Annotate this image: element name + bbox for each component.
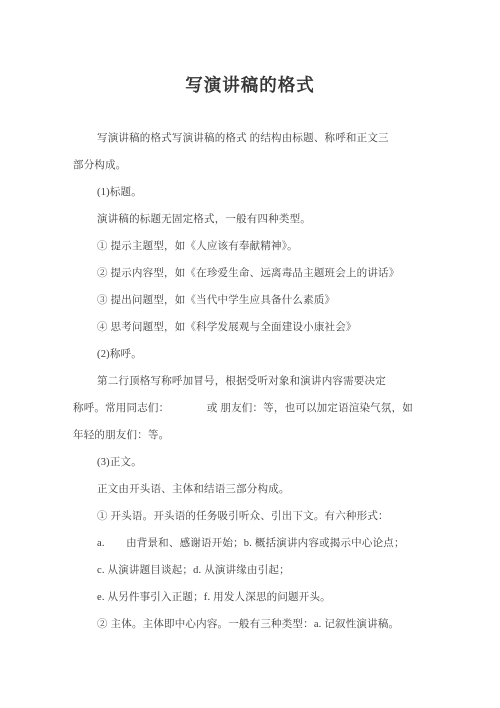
document-page: 写演讲稿的格式 写演讲稿的格式写演讲稿的格式 的结构由标题、称呼和正文三 部分构… <box>0 0 500 708</box>
document-body: 写演讲稿的格式写演讲稿的格式 的结构由标题、称呼和正文三 部分构成。 (1)标题… <box>0 125 500 638</box>
text-line: ④ 思考问题型，如《科学发展观与全面建设小康社会》 <box>73 314 500 341</box>
text-line: ② 主体。主体即中心内容。一般有三种类型：a. 记叙性演讲稿。 <box>73 611 500 638</box>
text-line: 部分构成。 <box>73 152 500 179</box>
text-line: ① 开头语。开头语的任务吸引听众、引出下文。有六种形式： <box>73 503 500 530</box>
text-line: 演讲稿的标题无固定格式，一般有四种类型。 <box>73 206 500 233</box>
document-title: 写演讲稿的格式 <box>0 0 500 99</box>
text-line: ② 提示内容型，如《在珍爱生命、远离毒品主题班会上的讲话》 <box>73 260 500 287</box>
text-line: e. 从另件事引入正题；f. 用发人深思的问题开头。 <box>73 584 500 611</box>
text-line: (3)正文。 <box>73 449 500 476</box>
text-line: ① 提示主题型，如《人应该有奉献精神》。 <box>73 233 500 260</box>
text-line: 正文由开头语、主体和结语三部分构成。 <box>73 476 500 503</box>
text-line: ③ 提出问题型，如《当代中学生应具备什么素质》 <box>73 287 500 314</box>
text-line: 年轻的朋友们：等。 <box>73 422 500 449</box>
text-line: (2)称呼。 <box>73 341 500 368</box>
text-line: 写演讲稿的格式写演讲稿的格式 的结构由标题、称呼和正文三 <box>73 125 500 152</box>
text-line: 称呼。常用同志们： 或 朋友们：等，也可以加定语渲染气氛，如 <box>73 395 500 422</box>
text-line: 第二行顶格写称呼加冒号，根据受听对象和演讲内容需要决定 <box>73 368 500 395</box>
text-line: a. 由背景和、感谢语开始；b. 概括演讲内容或揭示中心论点； <box>73 530 500 557</box>
text-line: (1)标题。 <box>73 179 500 206</box>
text-line: c. 从演讲题目谈起；d. 从演讲缘由引起； <box>73 557 500 584</box>
